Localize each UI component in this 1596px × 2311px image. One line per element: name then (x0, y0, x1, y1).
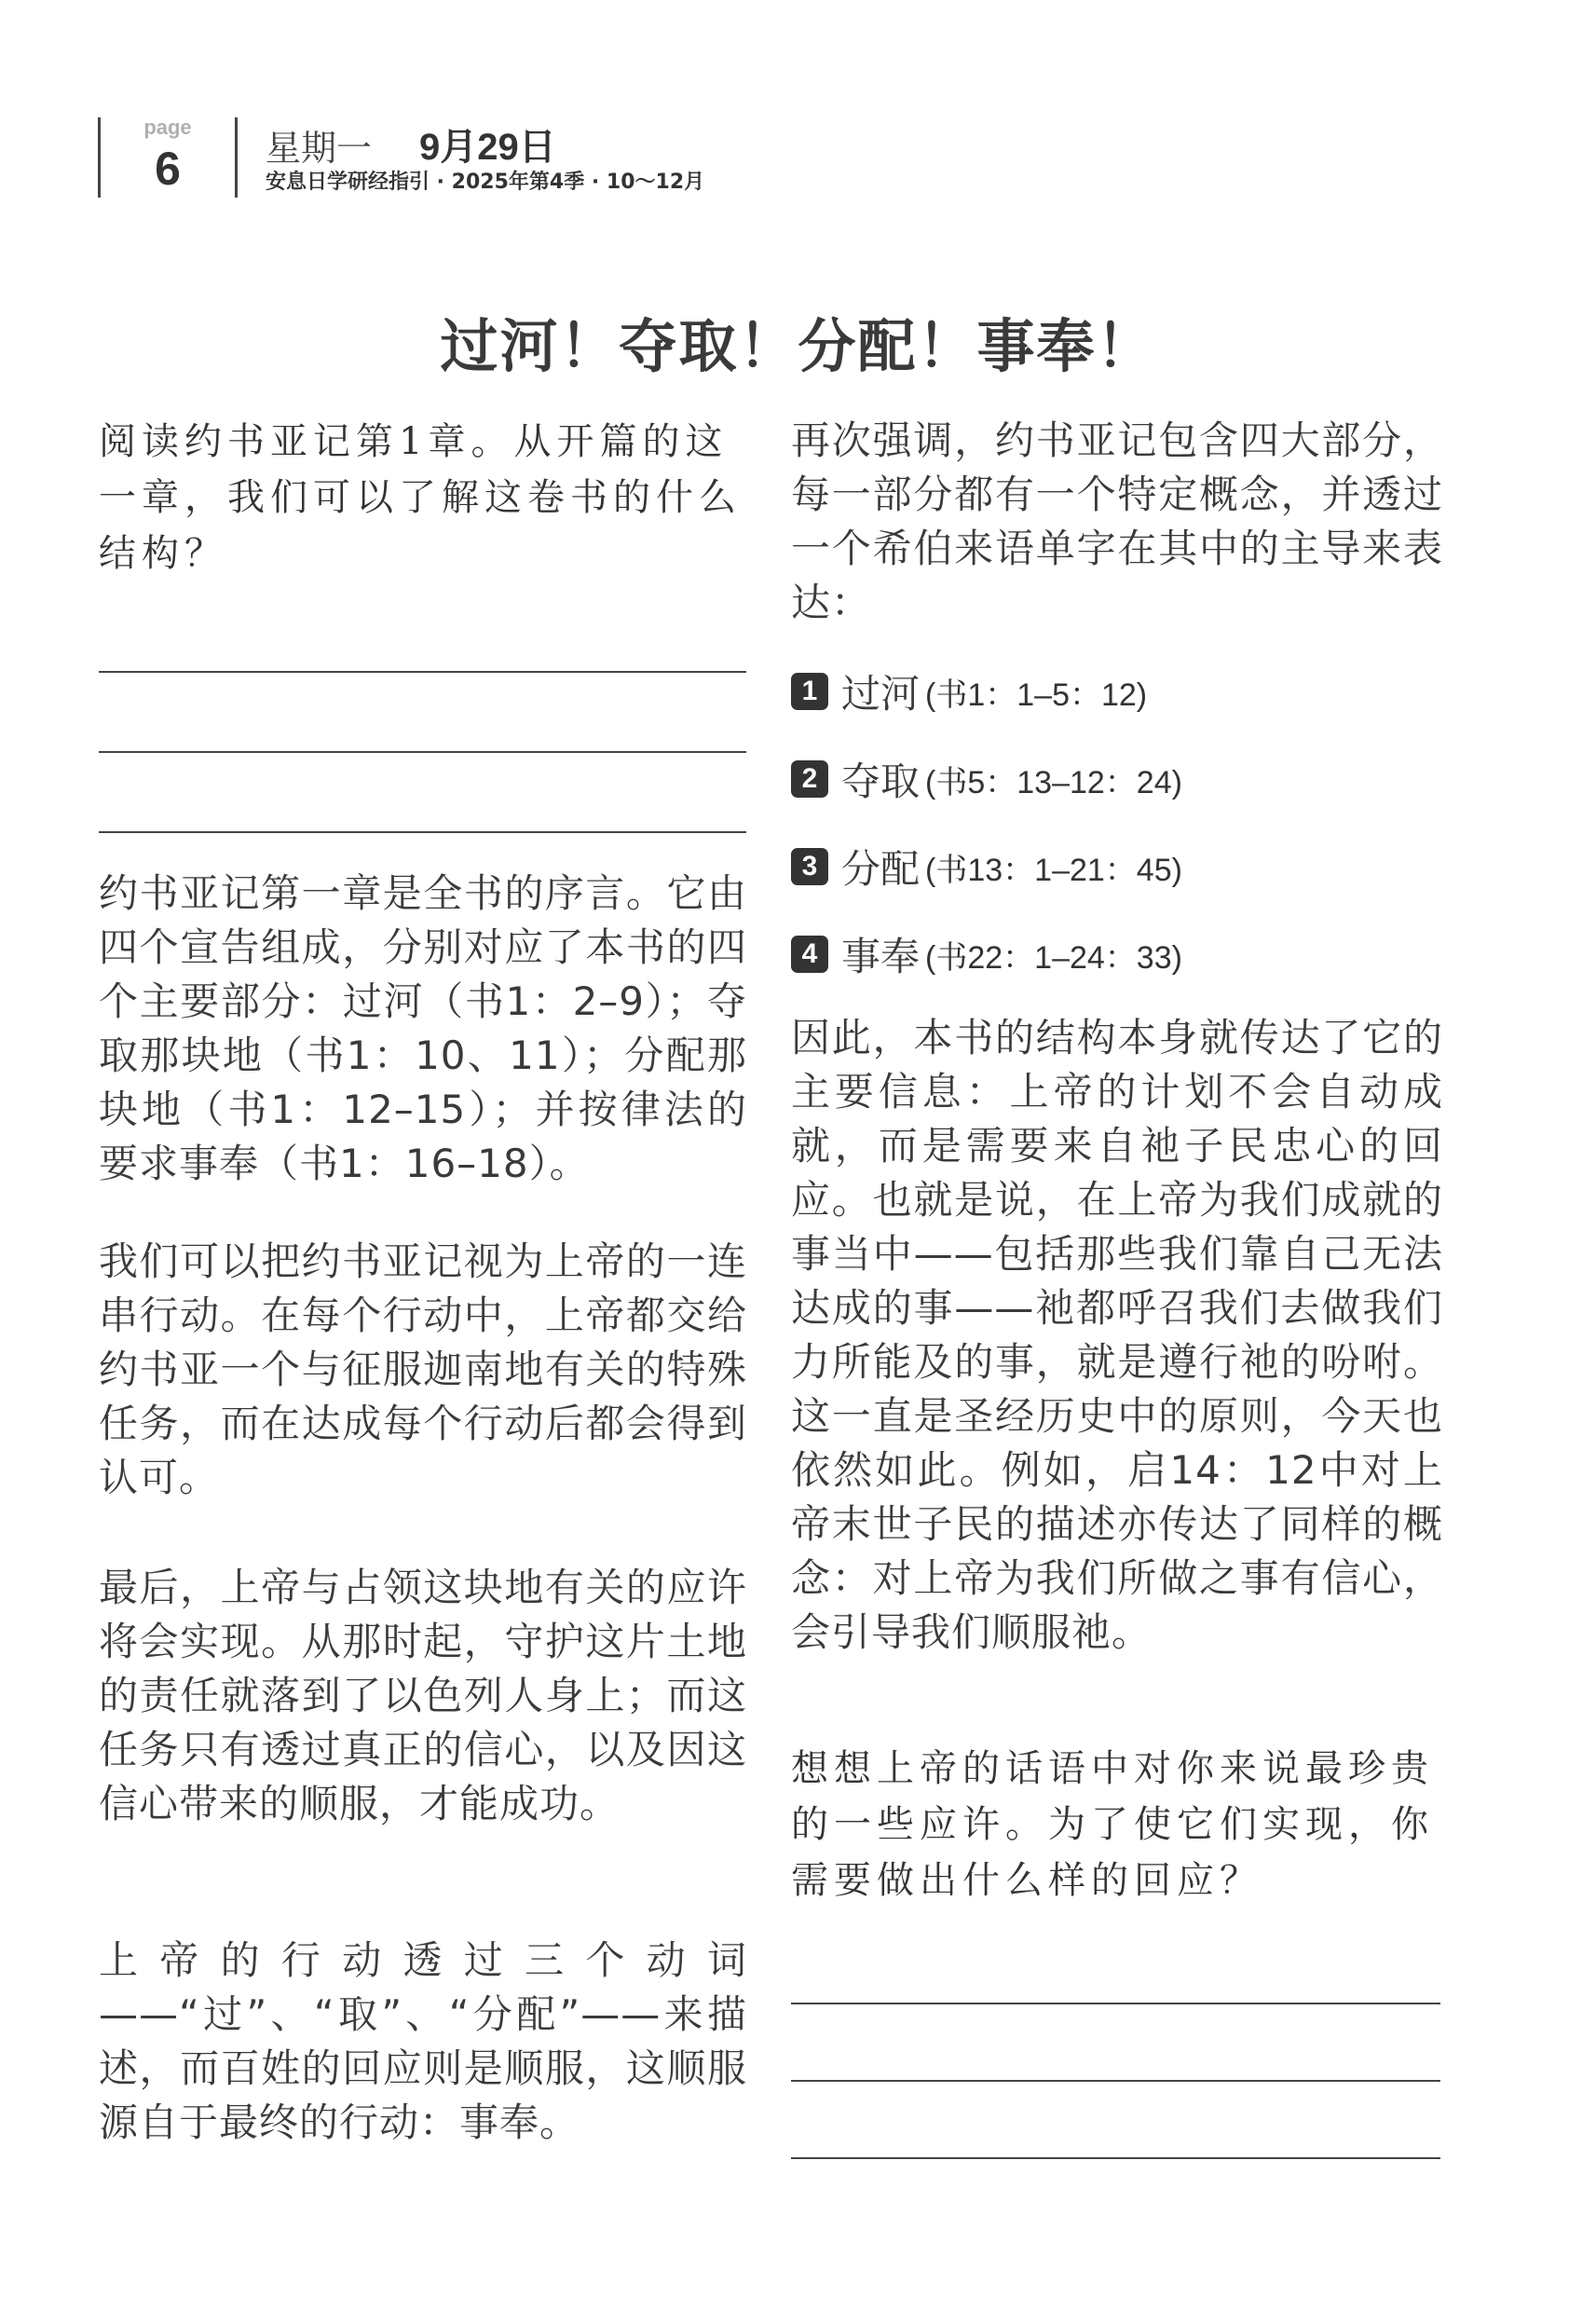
right-question-block: 想想上帝的话语中对你来说最珍贵的一些应许。为了使它们实现，你需要做出什么样的回应… (791, 1741, 1443, 1908)
reflection-question: 想想上帝的话语中对你来说最珍贵的一些应许。为了使它们实现，你需要做出什么样的回应… (791, 1741, 1443, 1908)
number-badge-icon: 1 (791, 673, 828, 710)
body-paragraph: 上帝的行动透过三个动词——“过”、“取”、“分配”——来描述，而百姓的回应则是顺… (99, 1934, 747, 2150)
body-paragraph: 再次强调，约书亚记包含四大部分，每一部分都有一个特定概念，并透过一个希伯来语单字… (791, 414, 1443, 630)
page-number: 6 (121, 142, 214, 196)
page-label: page (121, 116, 214, 140)
section-item-4: 4 事奉 (书22：1–24：33) (791, 926, 1182, 982)
section-item-1: 1 过河 (书1：1–5：12) (791, 663, 1147, 719)
right-paragraph: 因此，本书的结构本身就传达了它的主要信息：上帝的计划不会自动成就，而是需要来自祂… (791, 1011, 1443, 1660)
number-badge-icon: 4 (791, 936, 828, 973)
body-paragraph: 我们可以把约书亚记视为上帝的一连串行动。在每个行动中，上帝都交给约书亚一个与征服… (99, 1235, 747, 1505)
header-subtitle: 安息日学研经指引 · 2025年第4季 · 10～12月 (266, 166, 704, 195)
header-weekday: 星期一 (266, 119, 372, 171)
left-paragraph-2: 我们可以把约书亚记视为上帝的一连串行动。在每个行动中，上帝都交给约书亚一个与征服… (99, 1235, 747, 1505)
right-intro: 再次强调，约书亚记包含四大部分，每一部分都有一个特定概念，并透过一个希伯来语单字… (791, 414, 1443, 630)
answer-line[interactable] (791, 2157, 1440, 2159)
number-badge-icon: 3 (791, 848, 828, 885)
header-divider-right (235, 117, 238, 198)
header-date: 9月29日 (419, 117, 556, 171)
answer-line[interactable] (99, 751, 746, 753)
body-paragraph: 约书亚记第一章是全书的序言。它由四个宣告组成，分别对应了本书的四个主要部分：过河… (99, 867, 747, 1191)
number-badge-icon: 2 (791, 760, 828, 798)
section-word: 事奉 (841, 926, 920, 982)
left-paragraph-3: 最后，上帝与占领这块地有关的应许将会实现。从那时起，守护这片土地的责任就落到了以… (99, 1561, 747, 1831)
body-paragraph: 最后，上帝与占领这块地有关的应许将会实现。从那时起，守护这片土地的责任就落到了以… (99, 1561, 747, 1831)
section-reference: (书22：1–24：33) (925, 932, 1182, 978)
left-paragraph-4: 上帝的行动透过三个动词——“过”、“取”、“分配”——来描述，而百姓的回应则是顺… (99, 1934, 747, 2150)
header-divider-left (98, 117, 101, 198)
section-item-3: 3 分配 (书13：1–21：45) (791, 839, 1182, 895)
answer-line[interactable] (791, 2080, 1440, 2082)
section-word: 过河 (841, 663, 920, 719)
left-question-block: 阅读约书亚记第1章。从开篇的这一章，我们可以了解这卷书的什么结构？ (99, 414, 747, 581)
section-word: 分配 (841, 839, 920, 895)
answer-line[interactable] (99, 831, 746, 833)
section-item-2: 2 夺取 (书5：13–12：24) (791, 751, 1182, 807)
answer-line[interactable] (99, 671, 746, 673)
page-title: 过河！夺取！分配！事奉！ (0, 300, 1596, 383)
section-reference: (书5：13–12：24) (925, 757, 1182, 802)
answer-line[interactable] (791, 2003, 1440, 2004)
section-reference: (书1：1–5：12) (925, 669, 1147, 715)
study-question: 阅读约书亚记第1章。从开篇的这一章，我们可以了解这卷书的什么结构？ (99, 414, 747, 581)
section-word: 夺取 (841, 751, 920, 807)
body-paragraph: 因此，本书的结构本身就传达了它的主要信息：上帝的计划不会自动成就，而是需要来自祂… (791, 1011, 1443, 1660)
section-reference: (书13：1–21：45) (925, 844, 1182, 890)
left-paragraph-1: 约书亚记第一章是全书的序言。它由四个宣告组成，分别对应了本书的四个主要部分：过河… (99, 867, 747, 1191)
